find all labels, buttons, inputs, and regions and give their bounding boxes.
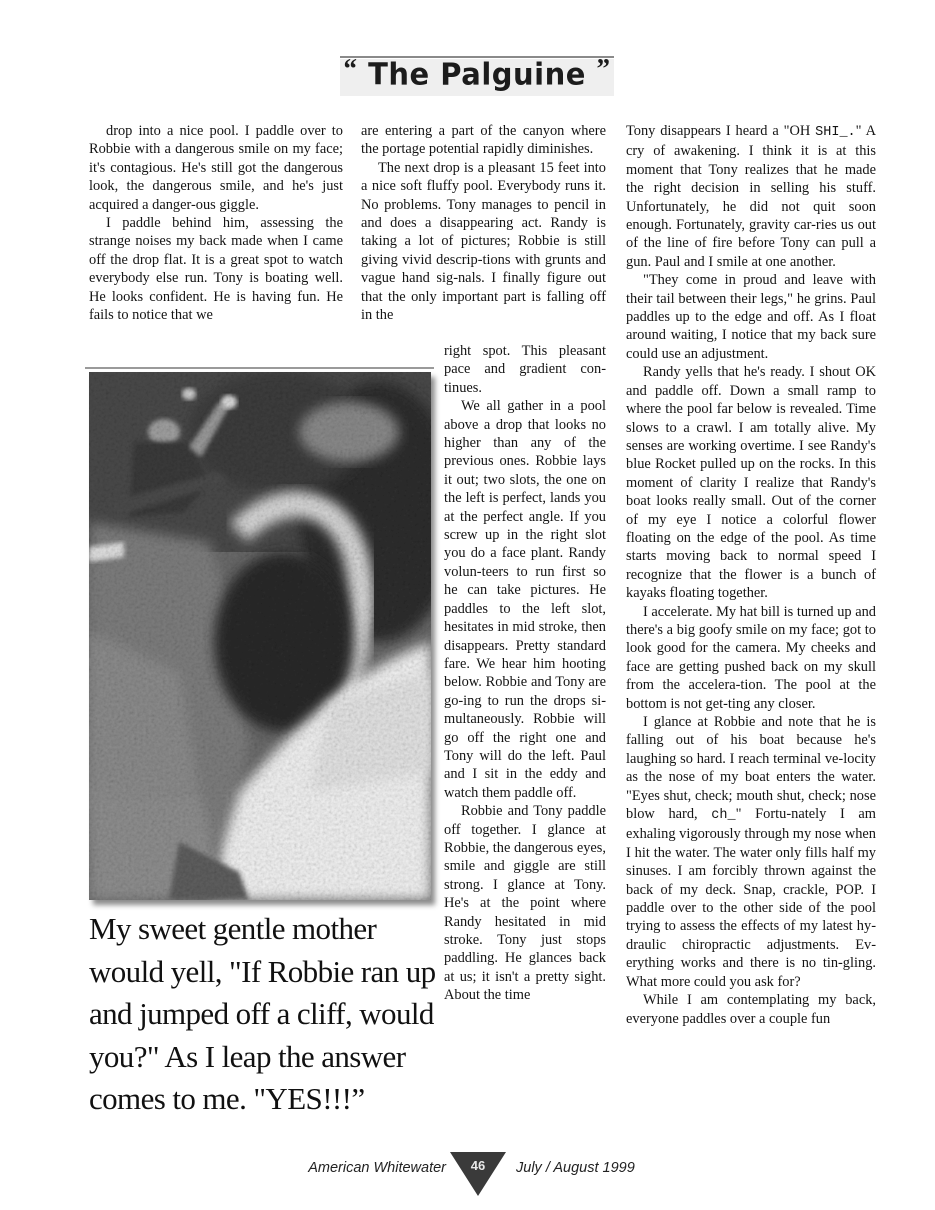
paragraph: drop into a nice pool. I paddle over to … <box>89 122 343 214</box>
text-run: " A cry of awakening. I think it is at t… <box>626 123 876 270</box>
publication-name: American Whitewater <box>308 1160 446 1176</box>
column-2-narrow: right spot. This pleasant pace and gradi… <box>444 342 606 1005</box>
paragraph: right spot. This pleasant pace and gradi… <box>444 342 606 397</box>
paragraph: I paddle behind him, assessing the stran… <box>89 214 343 324</box>
paragraph: While I am contemplating my back, everyo… <box>626 991 876 1028</box>
text-run-mono: SHI_. <box>815 125 856 140</box>
page-number: 46 <box>450 1158 506 1173</box>
pull-quote: My sweet gentle mother would yell, "If R… <box>89 908 439 1121</box>
photo-top-rule <box>85 367 434 369</box>
text-run-mono: ch_ <box>711 808 735 823</box>
page-footer: American Whitewater 46 July / August 199… <box>300 1148 650 1198</box>
article-header: “ The Palguine ” <box>340 55 614 97</box>
paragraph: We all gather in a pool above a drop tha… <box>444 397 606 802</box>
issue-date: July / August 1999 <box>516 1160 635 1176</box>
paragraph: The next drop is a pleasant 15 feet into… <box>361 159 606 325</box>
article-title: “ The Palguine ” <box>340 56 614 92</box>
paragraph: "They come in proud and leave with their… <box>626 271 876 363</box>
paragraph: are entering a part of the canyon where … <box>361 122 606 159</box>
column-1: drop into a nice pool. I paddle over to … <box>89 122 343 324</box>
paragraph: Robbie and Tony paddle off together. I g… <box>444 802 606 1004</box>
paragraph: I glance at Robbie and note that he is f… <box>626 713 876 991</box>
paragraph: I accelerate. My hat bill is turned up a… <box>626 603 876 713</box>
column-3: Tony disappears I heard a "OH SHI_." A c… <box>626 122 876 1028</box>
text-run: Tony disappears I heard a "OH <box>626 123 815 139</box>
open-quote: “ <box>343 53 357 85</box>
paragraph: Tony disappears I heard a "OH SHI_." A c… <box>626 122 876 271</box>
text-run: " Fortu-nately I am exhaling vigorously … <box>626 806 876 990</box>
column-2: are entering a part of the canyon where … <box>361 122 606 324</box>
photo-image <box>89 372 431 900</box>
title-text: The Palguine <box>368 56 586 92</box>
paragraph: Randy yells that he's ready. I shout OK … <box>626 363 876 602</box>
kayak-waterfall-photo <box>89 372 431 900</box>
close-quote: ” <box>597 53 611 85</box>
